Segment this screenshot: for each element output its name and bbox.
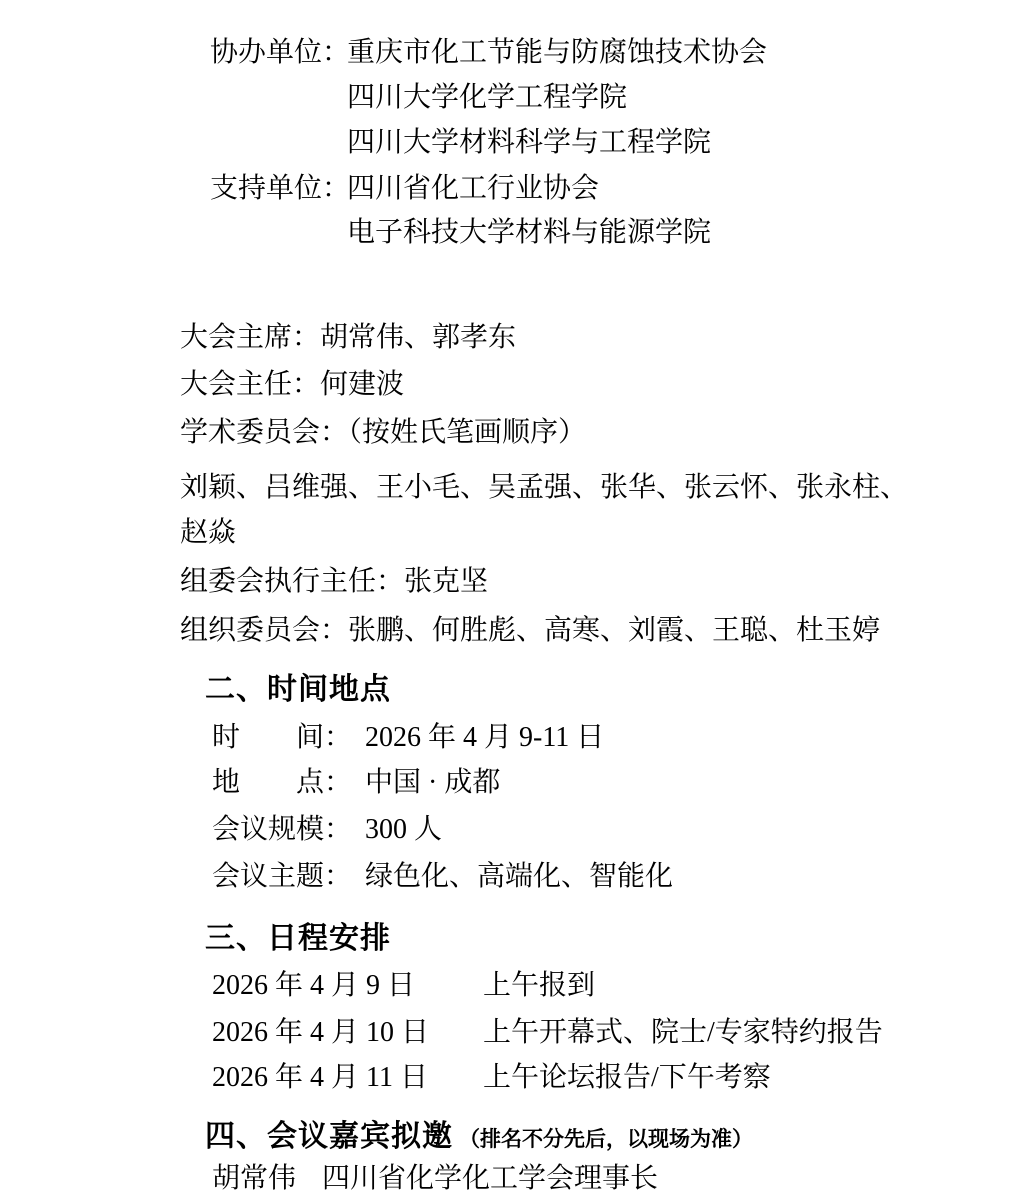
- time-value: 2026 年 4 月 9-11 日: [365, 722, 604, 753]
- co-organizer-row-3: 四川大学材料科学与工程学院: [347, 127, 711, 159]
- guests-heading-text: 四、会议嘉宾拟邀: [205, 1120, 453, 1153]
- place-value: 中国 · 成都: [365, 767, 500, 798]
- organizing-committee-line: 组织委员会：张鹏、何胜彪、高寒、刘霞、王聪、杜玉婷: [180, 615, 880, 647]
- guest-title-1: 四川省化学化工学会理事长: [322, 1163, 658, 1194]
- scale-row: 会议规模：300 人: [212, 814, 442, 846]
- supporter-row-2: 电子科技大学材料与能源学院: [347, 217, 711, 249]
- schedule-date-1: 2026 年 4 月 9 日: [212, 970, 483, 1002]
- co-organizer-row-1: 协办单位：重庆市化工节能与防腐蚀技术协会: [210, 37, 767, 69]
- co-organizer-label: 协办单位：: [210, 37, 347, 69]
- supporter-label: 支持单位：: [210, 173, 347, 205]
- section-heading-time-place: 二、时间地点: [205, 673, 391, 706]
- schedule-desc-3: 上午论坛报告/下午考察: [483, 1062, 771, 1093]
- time-row: 时 间：2026 年 4 月 9-11 日: [212, 722, 604, 754]
- supporter-name-1: 四川省化工行业协会: [347, 173, 599, 204]
- schedule-row-2: 2026 年 4 月 10 日上午开幕式、院士/专家特约报告: [212, 1017, 883, 1049]
- schedule-row-3: 2026 年 4 月 11 日上午论坛报告/下午考察: [212, 1062, 771, 1094]
- co-organizer-name-2: 四川大学化学工程学院: [347, 82, 627, 113]
- theme-label: 会议主题：: [212, 861, 352, 893]
- section-heading-guests: 四、会议嘉宾拟邀（排名不分先后，以现场为准）: [205, 1120, 753, 1153]
- chairman-line: 大会主席：胡常伟、郭孝东: [180, 322, 516, 354]
- theme-row: 会议主题：绿色化、高端化、智能化: [212, 861, 673, 893]
- schedule-desc-1: 上午报到: [483, 970, 595, 1001]
- co-organizer-name-3: 四川大学材料科学与工程学院: [347, 127, 711, 158]
- time-label: 时 间：: [212, 722, 352, 754]
- guest-row-1: 胡常伟四川省化学化工学会理事长: [212, 1163, 658, 1195]
- guest-name-1: 胡常伟: [212, 1163, 322, 1195]
- place-row: 地 点：中国 · 成都: [212, 767, 500, 799]
- schedule-row-1: 2026 年 4 月 9 日上午报到: [212, 970, 595, 1002]
- supporter-row-1: 支持单位：四川省化工行业协会: [210, 173, 599, 205]
- schedule-desc-2: 上午开幕式、院士/专家特约报告: [483, 1017, 883, 1048]
- academic-members-line-1: 刘颖、吕维强、王小毛、吴孟强、张华、张云怀、张永柱、: [180, 472, 908, 504]
- scale-value: 300 人: [365, 814, 442, 845]
- co-organizer-row-2: 四川大学化学工程学院: [347, 82, 627, 114]
- section-heading-schedule: 三、日程安排: [205, 922, 391, 955]
- scale-label: 会议规模：: [212, 814, 352, 846]
- academic-members-line-2: 赵焱: [180, 517, 236, 549]
- director-line: 大会主任：何建波: [180, 369, 404, 401]
- document-page: 协办单位：重庆市化工节能与防腐蚀技术协会 四川大学化学工程学院 四川大学材料科学…: [0, 0, 1024, 1200]
- supporter-name-2: 电子科技大学材料与能源学院: [347, 217, 711, 248]
- schedule-date-3: 2026 年 4 月 11 日: [212, 1062, 483, 1094]
- place-label: 地 点：: [212, 767, 352, 799]
- theme-value: 绿色化、高端化、智能化: [365, 861, 673, 892]
- executive-director-line: 组委会执行主任：张克坚: [180, 566, 488, 598]
- academic-committee-line: 学术委员会：（按姓氏笔画顺序）: [180, 417, 586, 449]
- co-organizer-name-1: 重庆市化工节能与防腐蚀技术协会: [347, 37, 767, 68]
- schedule-date-2: 2026 年 4 月 10 日: [212, 1017, 483, 1049]
- guests-heading-note: （排名不分先后，以现场为准）: [459, 1128, 753, 1151]
